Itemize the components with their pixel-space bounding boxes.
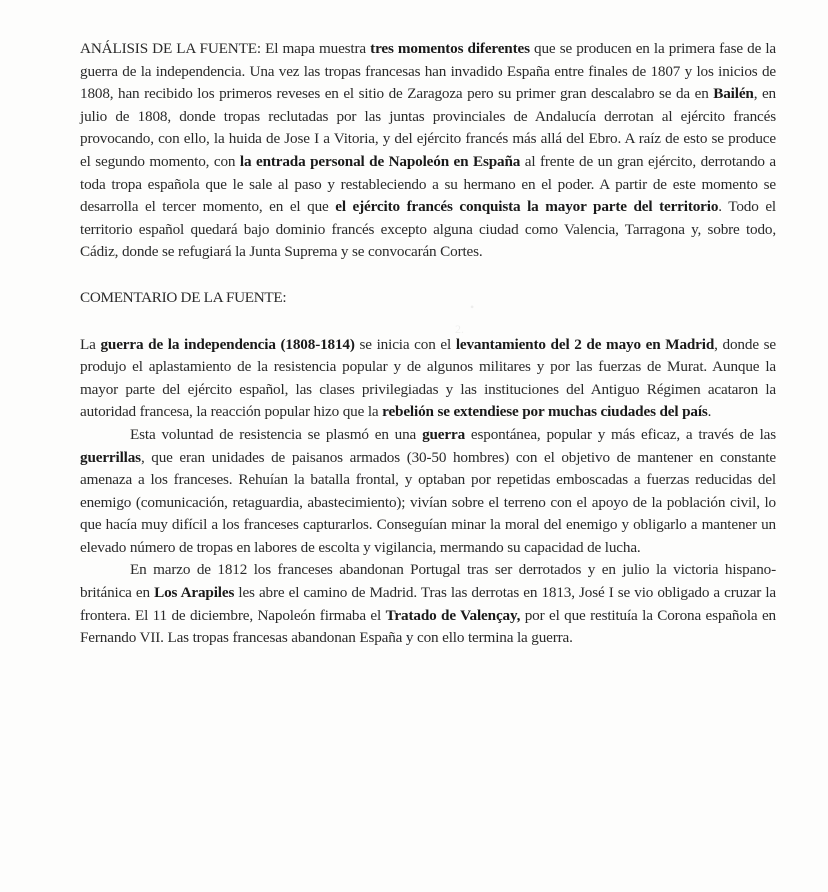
document-page: ANÁLISIS DE LA FUENTE: El mapa muestra t… <box>80 38 776 650</box>
text-segment: se inicia con el <box>355 336 456 353</box>
text-segment: La <box>80 336 100 353</box>
commentary-paragraph-1: La guerra de la independencia (1808-1814… <box>80 334 776 424</box>
text-segment: , que eran unidades de paisanos armados … <box>80 449 776 556</box>
bold-segment: rebelión se extendiese por muchas ciudad… <box>382 403 708 420</box>
text-segment: Esta voluntad de resistencia se plasmó e… <box>130 426 422 443</box>
analysis-heading: ANÁLISIS DE LA FUENTE: <box>80 40 261 57</box>
text-segment: El mapa muestra <box>261 40 370 57</box>
bold-segment: el ejército francés conquista la mayor p… <box>335 198 718 215</box>
bold-segment: la entrada personal de Napoleón en Españ… <box>240 153 520 170</box>
text-segment: . <box>708 403 712 420</box>
text-segment: espontánea, popular y más eficaz, a trav… <box>465 426 776 443</box>
bold-segment: Tratado de Valençay, <box>386 607 521 624</box>
bold-segment: guerrillas <box>80 449 141 466</box>
bold-segment: Los Arapiles <box>154 584 234 601</box>
bold-segment: tres momentos diferentes <box>370 40 530 57</box>
commentary-paragraph-3: En marzo de 1812 los franceses abandonan… <box>80 559 776 649</box>
commentary-heading: COMENTARIO DE LA FUENTE: <box>80 287 776 310</box>
analysis-paragraph: ANÁLISIS DE LA FUENTE: El mapa muestra t… <box>80 38 776 264</box>
bold-segment: levantamiento del 2 de mayo en Madrid <box>456 336 714 353</box>
spacer <box>80 310 776 334</box>
spacer <box>80 264 776 287</box>
commentary-paragraph-2: Esta voluntad de resistencia se plasmó e… <box>80 424 776 560</box>
bold-segment: Bailén <box>713 85 753 102</box>
bold-segment: guerra <box>422 426 465 443</box>
bold-segment: guerra de la independencia (1808-1814) <box>100 336 354 353</box>
